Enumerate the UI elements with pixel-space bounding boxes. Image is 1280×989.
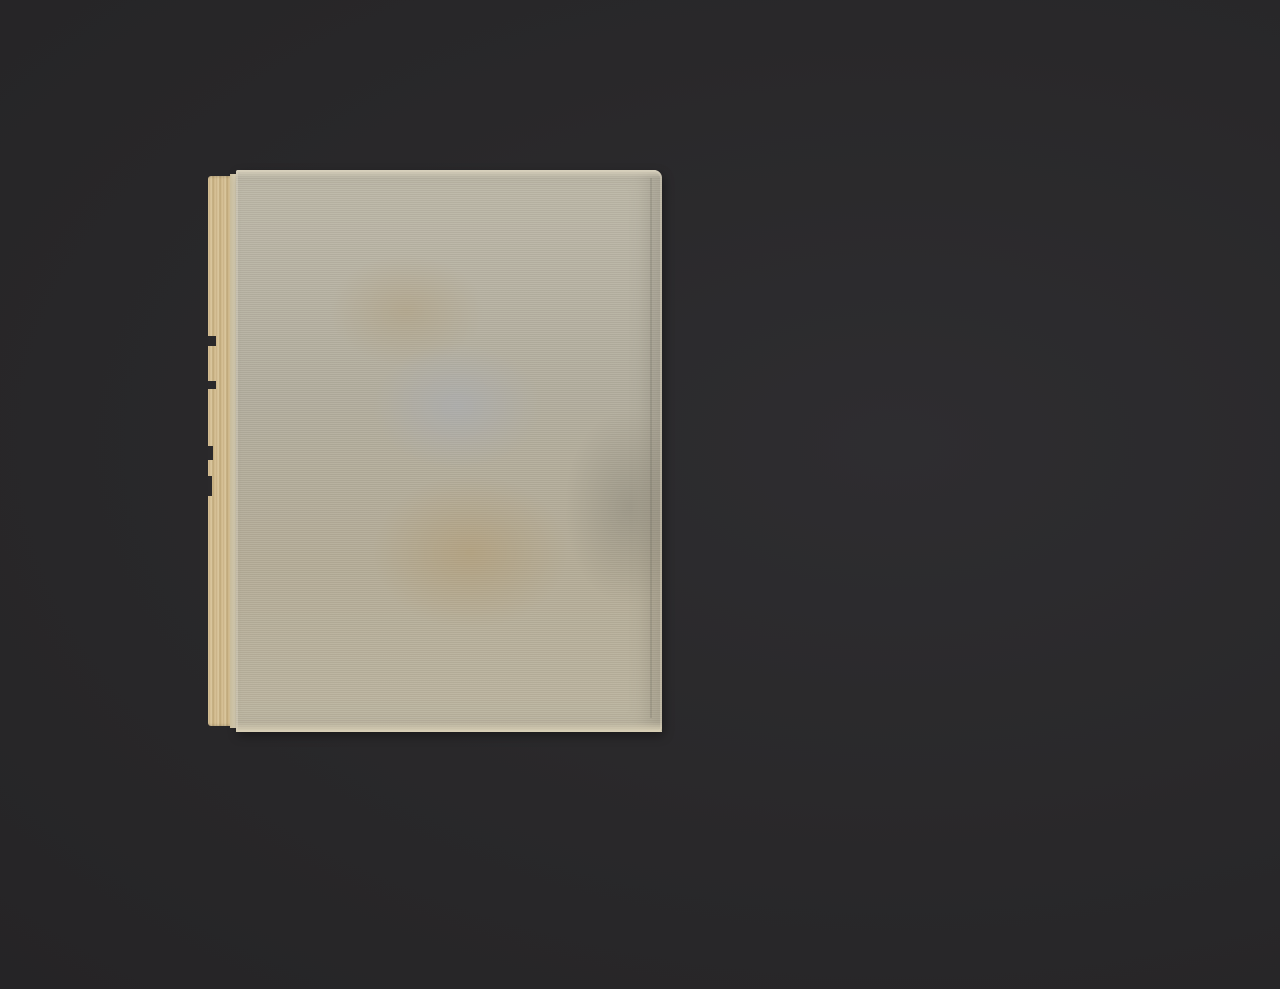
torn-edge-notch — [208, 476, 212, 496]
torn-edge-notch — [208, 381, 216, 389]
book — [208, 170, 662, 732]
cover-bottom-edge — [236, 722, 662, 732]
torn-edge-notch — [208, 446, 213, 460]
book-cover — [236, 170, 662, 732]
cover-top-edge — [236, 170, 662, 178]
dark-background — [0, 0, 1280, 989]
cover-hinge — [650, 178, 652, 718]
torn-edge-notch — [208, 336, 216, 346]
